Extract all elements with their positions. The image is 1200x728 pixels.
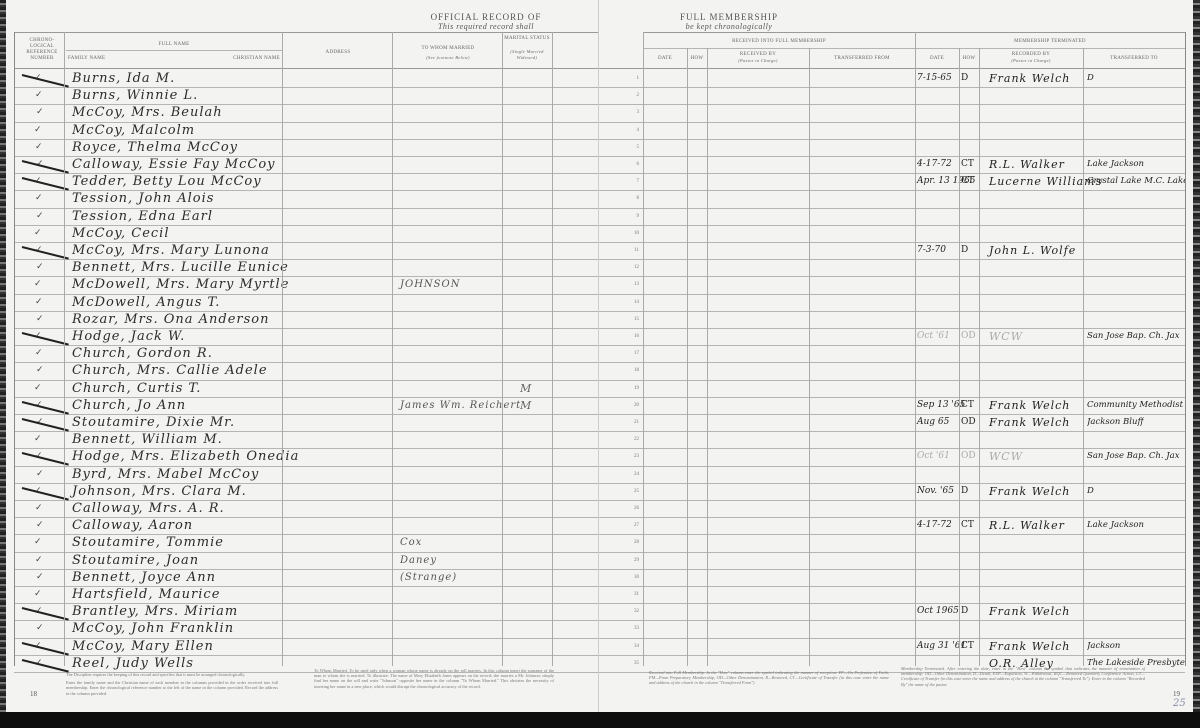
married-name: JOHNSON <box>400 279 460 290</box>
left-page: OFFICIAL RECORD OF This required record … <box>6 0 599 712</box>
termination-date: Aug 65 <box>917 417 949 427</box>
checkmark-icon: ✓ <box>36 314 44 324</box>
transferred-to: D <box>1087 73 1094 83</box>
row-number: 19 <box>619 386 639 391</box>
married-name: Cox <box>400 537 422 548</box>
row-number: 16 <box>619 334 639 339</box>
member-name: McCoy, Cecil <box>72 226 169 241</box>
recorded-by: R.L. Walker <box>989 158 1065 171</box>
right-margin-rule <box>1185 32 1186 666</box>
member-name: Burns, Ida M. <box>72 71 175 86</box>
checkmark-icon: ✓ <box>35 90 43 100</box>
header-transferred-to: TRANSFERRED TO <box>1083 56 1185 62</box>
termination-how: CT <box>961 400 974 410</box>
col-rule-tby <box>1083 48 1084 666</box>
member-name: McCoy, Malcolm <box>72 123 195 138</box>
row-number: 18 <box>619 368 639 373</box>
checkmark-icon: ✓ <box>36 520 44 530</box>
row-number: 17 <box>619 351 639 356</box>
checkmark-icon: ✓ <box>34 589 42 599</box>
checkmark-icon: ✓ <box>34 279 42 289</box>
strikethrough-mark <box>22 246 69 260</box>
right-page: FULL MEMBERSHIP be kept chronologically … <box>598 0 1193 712</box>
header-received-how: HOW <box>687 56 707 62</box>
member-name: Stoutamire, Dixie Mr. <box>72 415 235 430</box>
checkmark-icon: ✓ <box>34 537 42 547</box>
termination-date: Oct '61 <box>917 451 950 461</box>
checkmark-icon: ✓ <box>36 107 44 117</box>
col-rule-rhow <box>707 48 708 666</box>
header-bottom-rule <box>14 68 598 69</box>
checkmark-icon: ✓ <box>36 469 44 479</box>
member-name: Bennett, Joyce Ann <box>72 570 216 585</box>
row-number: 30 <box>619 575 639 580</box>
termination-date: 4-17-72 <box>917 520 952 530</box>
header-family-name: FAMILY NAME <box>68 56 128 62</box>
header-address: ADDRESS <box>284 50 392 56</box>
termination-how: OD <box>961 417 976 427</box>
member-name: Stoutamire, Joan <box>72 553 199 568</box>
row-number: 5 <box>619 145 639 150</box>
strikethrough-mark <box>22 487 69 501</box>
row-number: 35 <box>619 661 639 666</box>
left-title: OFFICIAL RECORD OF <box>376 12 596 22</box>
termination-date: 4-17-72 <box>917 159 952 169</box>
recorded-by: Frank Welch <box>989 72 1070 85</box>
member-name: Tession, Edna Earl <box>72 209 213 224</box>
recorded-by: Frank Welch <box>989 416 1070 429</box>
col-rule-rfrom <box>915 32 916 666</box>
row-number: 29 <box>619 558 639 563</box>
header-marital-status: MARITAL STATUS <box>502 36 552 42</box>
footnote-right-1: Received into Full Membership. In the "H… <box>649 670 889 686</box>
row-number: 6 <box>619 162 639 167</box>
member-name: Stoutamire, Tommie <box>72 535 224 550</box>
row-number: 3 <box>619 110 639 115</box>
termination-how: D <box>961 606 968 616</box>
member-name: Calloway, Mrs. A. R. <box>72 501 225 516</box>
row-number: 4 <box>619 128 639 133</box>
checkmark-icon: ✓ <box>34 383 42 393</box>
right-page-number: 19 <box>1173 690 1180 698</box>
right-header-group-rule <box>643 48 1185 49</box>
header-top-rule <box>14 32 598 33</box>
header-received-date: DATE <box>643 56 687 62</box>
col-rule-status <box>552 32 553 666</box>
member-name: Hodge, Mrs. Elizabeth Onedia <box>72 449 299 464</box>
strikethrough-mark <box>22 177 69 191</box>
strikethrough-mark <box>22 642 69 656</box>
row-number: 22 <box>619 437 639 442</box>
member-name: Calloway, Essie Fay McCoy <box>72 157 276 172</box>
member-name: Johnson, Mrs. Clara M. <box>72 484 247 499</box>
row-number: 13 <box>619 282 639 287</box>
col-rule-ref <box>64 32 65 666</box>
row-number: 31 <box>619 592 639 597</box>
col-rule-address <box>392 32 393 666</box>
header-transferred-from: TRANSFERRED FROM <box>809 56 915 62</box>
header-to-whom-married: TO WHOM MARRIED <box>394 46 502 52</box>
checkmark-icon: ✓ <box>36 365 44 375</box>
recorded-by: Lucerne Williams <box>989 175 1102 188</box>
member-name: Royce, Thelma McCoy <box>72 140 238 155</box>
row-number: 25 <box>619 489 639 494</box>
member-name: Bennett, Mrs. Lucille Eunice <box>72 260 289 275</box>
row-number: 14 <box>619 300 639 305</box>
checkmark-icon: ✓ <box>35 142 43 152</box>
termination-how: OD <box>961 331 976 341</box>
transferred-to: Jackson Bluff <box>1087 417 1144 427</box>
col-rule-name <box>282 32 283 666</box>
transferred-to: Jackson <box>1087 641 1120 651</box>
member-name: Tession, John Alois <box>72 191 214 206</box>
checkmark-icon: ✓ <box>35 297 43 307</box>
member-name: Church, Mrs. Callie Adele <box>72 363 268 378</box>
member-name: Burns, Winnie L. <box>72 88 198 103</box>
header-to-whom-married-note: (See footnote Below) <box>394 55 502 61</box>
fullname-split-rule <box>66 50 282 51</box>
right-title: FULL MEMBERSHIP <box>599 12 859 22</box>
termination-date: 7-15-65 <box>917 73 952 83</box>
member-name: McCoy, Mrs. Beulah <box>72 105 223 120</box>
married-name: (Strange) <box>400 572 457 583</box>
member-name: Tedder, Betty Lou McCoy <box>72 174 262 189</box>
right-header-top-rule <box>643 32 1185 33</box>
member-name: Hodge, Jack W. <box>72 329 185 344</box>
row-number: 32 <box>619 609 639 614</box>
header-term-date: DATE <box>915 56 959 62</box>
strikethrough-mark <box>22 401 69 415</box>
member-name: McCoy, Mrs. Mary Lunona <box>72 243 270 258</box>
termination-how: D <box>961 73 968 83</box>
member-name: McDowell, Angus T. <box>72 295 220 310</box>
member-name: Church, Curtis T. <box>72 381 201 396</box>
strikethrough-mark <box>22 160 69 174</box>
col-rule-rownum <box>643 32 644 666</box>
row-number: 7 <box>619 179 639 184</box>
recorded-by: Frank Welch <box>989 640 1070 653</box>
transferred-to: Community Methodist Ch. <box>1087 400 1185 410</box>
row-number: 24 <box>619 472 639 477</box>
recorded-by: Frank Welch <box>989 605 1070 618</box>
transferred-to: Lake Jackson <box>1087 159 1144 169</box>
termination-how: CT <box>961 159 974 169</box>
termination-date: Oct 1965 <box>917 606 959 616</box>
footnote-left-3: To Whom Married. To be used only when a … <box>314 668 554 689</box>
termination-how: D <box>961 245 968 255</box>
recorded-by: WCW <box>989 330 1023 343</box>
member-name: Brantley, Mrs. Miriam <box>72 604 238 619</box>
termination-how: OD <box>961 451 976 461</box>
col-rule-tdate <box>959 48 960 666</box>
ledger-book: OFFICIAL RECORD OF This required record … <box>0 0 1200 728</box>
married-name: James Wm. Reichert <box>400 400 521 411</box>
row-number: 20 <box>619 403 639 408</box>
termination-date: Oct '61 <box>917 331 950 341</box>
checkmark-icon: ✓ <box>36 262 44 272</box>
recorded-by: Frank Welch <box>989 399 1070 412</box>
checkmark-icon: ✓ <box>35 348 43 358</box>
row-number: 28 <box>619 540 639 545</box>
member-name: McCoy, Mary Ellen <box>72 639 214 654</box>
checkmark-icon: ✓ <box>34 125 42 135</box>
right-subtitle: be kept chronologically <box>599 22 859 31</box>
marital-status: M <box>520 382 532 395</box>
checkmark-icon: ✓ <box>34 228 42 238</box>
left-page-number: 18 <box>30 690 37 698</box>
row-number: 23 <box>619 454 639 459</box>
header-received-by-note: (Pastor in Charge) <box>707 58 809 64</box>
header-marital-status-note: (Single Married Widowed) <box>506 49 548 61</box>
member-name: Church, Jo Ann <box>72 398 186 413</box>
col-rule-rdate <box>687 48 688 666</box>
member-name: Bennett, William M. <box>72 432 223 447</box>
header-recorded-by-note: (Pastor in Charge) <box>979 58 1083 64</box>
termination-how: CT <box>961 641 974 651</box>
row-number: 15 <box>619 317 639 322</box>
row-number: 12 <box>619 265 639 270</box>
header-full-name: FULL NAME <box>66 42 282 48</box>
termination-how: CT <box>961 176 974 186</box>
strikethrough-mark <box>22 418 69 432</box>
checkmark-icon: ✓ <box>35 503 43 513</box>
row-number: 8 <box>619 196 639 201</box>
termination-how: CT <box>961 520 974 530</box>
strikethrough-mark <box>22 332 69 346</box>
header-christian-name: CHRISTIAN NAME <box>206 56 280 62</box>
member-name: Hartsfield, Maurice <box>72 587 220 602</box>
row-number: 27 <box>619 523 639 528</box>
member-name: Rozar, Mrs. Ona Anderson <box>72 312 270 327</box>
header-terminated-group: MEMBERSHIP TERMINATED <box>915 39 1185 45</box>
member-name: McDowell, Mrs. Mary Myrtle <box>72 277 289 292</box>
transferred-to: Lake Jackson <box>1087 520 1144 530</box>
footnote-right-2: Membership Terminated. After entering th… <box>901 666 1145 687</box>
col-rule-rby <box>809 48 810 666</box>
marital-status: M <box>520 399 532 412</box>
transferred-to: San Jose Bap. Ch. Jax <box>1087 331 1180 341</box>
row-number: 10 <box>619 231 639 236</box>
header-received-group: RECEIVED INTO FULL MEMBERSHIP <box>643 39 915 45</box>
footnote-left-1-text: The Discipline requires the keeping of t… <box>66 672 278 677</box>
transferred-to: San Jose Bap. Ch. Jax <box>1087 451 1180 461</box>
recorded-by: John L. Wolfe <box>989 244 1076 257</box>
member-name: Reel, Judy Wells <box>72 656 194 671</box>
transferred-to: Crystal Lake M.C. Lakeland <box>1087 176 1185 186</box>
strikethrough-mark <box>22 659 69 673</box>
checkmark-icon: ✓ <box>35 193 43 203</box>
row-number: 1 <box>619 76 639 81</box>
col-rule-married <box>502 32 503 666</box>
footnote-left-1: The Discipline requires the keeping of t… <box>66 672 278 696</box>
strikethrough-mark <box>22 607 69 621</box>
recorded-by: R.L. Walker <box>989 519 1065 532</box>
checkmark-icon: ✓ <box>36 572 44 582</box>
footnote-left-2-text: Enter the family name and the Christian … <box>66 680 278 696</box>
row-number: 34 <box>619 644 639 649</box>
row-number: 33 <box>619 626 639 631</box>
checkmark-icon: ✓ <box>36 211 44 221</box>
col-rule-thow <box>979 48 980 666</box>
member-name: Church, Gordon R. <box>72 346 213 361</box>
recorded-by: WCW <box>989 450 1023 463</box>
termination-date: 7-3-70 <box>917 245 946 255</box>
checkmark-icon: ✓ <box>35 555 43 565</box>
strikethrough-mark <box>22 452 69 466</box>
recorded-by: Frank Welch <box>989 485 1070 498</box>
header-term-how: HOW <box>959 56 979 62</box>
member-name: Byrd, Mrs. Mabel McCoy <box>72 467 259 482</box>
book-bottom-edge <box>0 712 1200 728</box>
termination-how: D <box>961 486 968 496</box>
member-name: McCoy, John Franklin <box>72 621 234 636</box>
checkmark-icon: ✓ <box>36 623 44 633</box>
transferred-to: D <box>1087 486 1094 496</box>
checkmark-icon: ✓ <box>34 434 42 444</box>
header-ref-number: CHRONO-LOGICAL REFERENCE NUMBER <box>20 38 64 62</box>
row-number: 11 <box>619 248 639 253</box>
member-name: Calloway, Aaron <box>72 518 193 533</box>
pencil-page-number: 25 <box>1173 698 1186 709</box>
left-margin-rule <box>14 32 15 666</box>
left-subtitle: This required record shall <box>376 22 596 31</box>
strikethrough-mark <box>22 74 69 88</box>
termination-date: Nov. '65 <box>917 486 954 496</box>
left-title-block: OFFICIAL RECORD OF This required record … <box>376 12 596 31</box>
right-title-block: FULL MEMBERSHIP be kept chronologically <box>599 12 859 31</box>
row-number: 21 <box>619 420 639 425</box>
row-number: 26 <box>619 506 639 511</box>
married-name: Daney <box>400 555 437 566</box>
row-number: 9 <box>619 214 639 219</box>
row-number: 2 <box>619 93 639 98</box>
